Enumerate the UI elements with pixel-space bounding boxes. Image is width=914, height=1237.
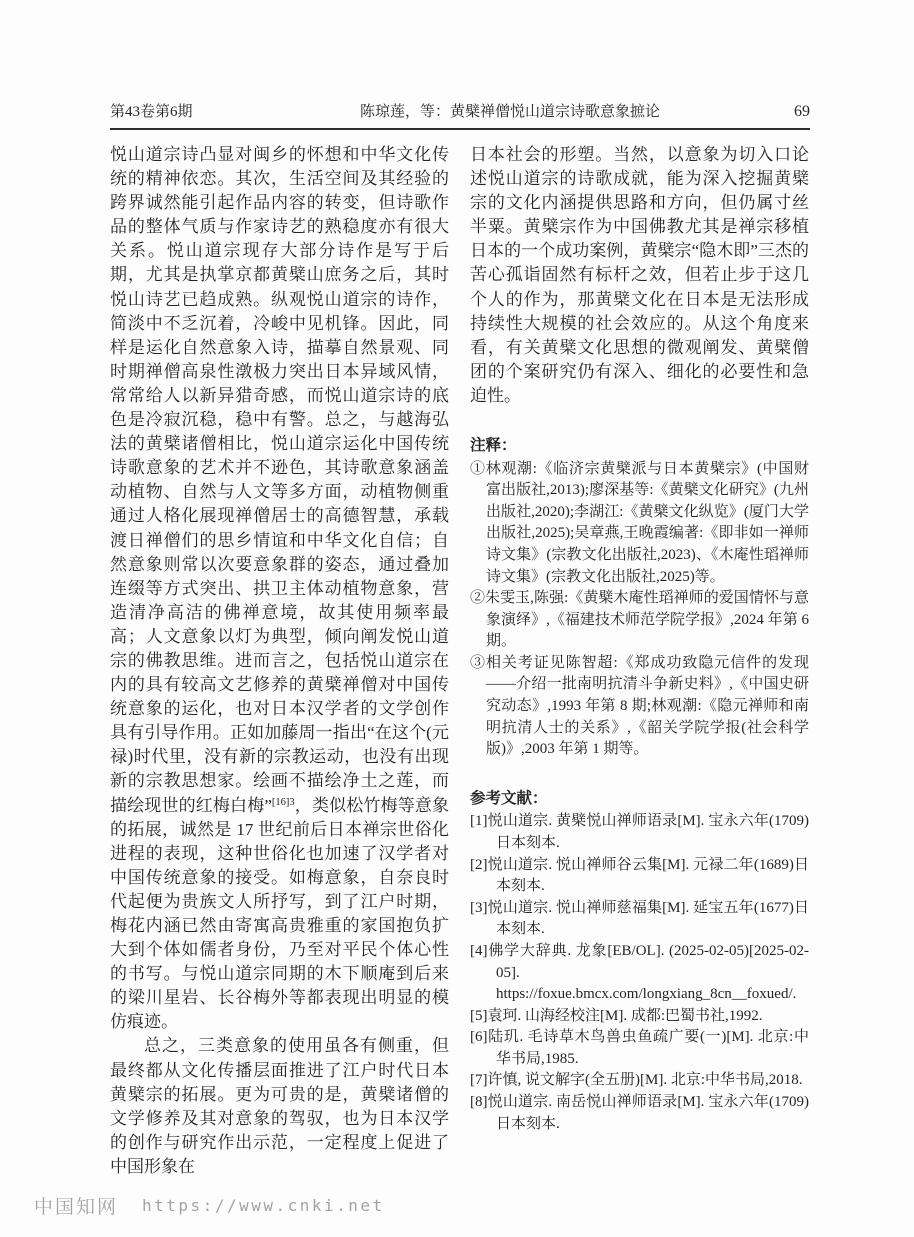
left-column: 悦山道宗诗凸显对闽乡的怀想和中华文化传统的精神依恋。其次，生活空间及其经验的跨界… <box>110 143 449 1179</box>
notes-list: ①林观潮:《临济宗黄檗派与日本黄檗宗》(中国财富出版社,2013);廖深基等:《… <box>470 459 809 761</box>
reference-item: [5]袁珂. 山海经校注[M]. 成都:巴蜀书社,1992. <box>470 1006 809 1028</box>
reference-marker: [2] <box>470 857 488 873</box>
body-paragraph-1-continuation: ，类似松竹梅等意象的拓展，诚然是 17 世纪前后日本禅宗世俗化进程的表现，这种世… <box>110 796 449 1032</box>
body-paragraph-3: 日本社会的形塑。当然，以意象为切入口论述悦山道宗的诗歌成就，能为深入挖掘黄檗宗的… <box>470 143 809 408</box>
reference-text: 悦山道宗. 南岳悦山禅师语录[M]. 宝永六年(1709)日本刻本. <box>488 1094 810 1132</box>
reference-item: [6]陆玑. 毛诗草木鸟兽虫鱼疏广要(一)[M]. 北京:中华书局,1985. <box>470 1027 809 1070</box>
body-paragraph-1-text: 悦山道宗诗凸显对闽乡的怀想和中华文化传统的精神依恋。其次，生活空间及其经验的跨界… <box>110 145 449 815</box>
reference-marker: [7] <box>470 1072 488 1088</box>
note-text: 林观潮:《临济宗黄檗派与日本黄檗宗》(中国财富出版社,2013);廖深基等:《黄… <box>486 461 809 585</box>
note-item: ②朱雯玉,陈强:《黄檗木庵性瑫禅师的爱国情怀与意象演绎》,《福建技术师范学院学报… <box>470 588 809 653</box>
references-section-header: 参考文献： <box>470 788 809 810</box>
reference-marker: [8] <box>470 1094 488 1110</box>
page-header: 第43卷第6期 陈琼莲，等：黄檗禅僧悦山道宗诗歌意象摭论 69 <box>110 100 810 130</box>
body-paragraph-2: 总之，三类意象的使用虽各有侧重，但最终都从文化传播层面推进了江户时代日本黄檗宗的… <box>110 1034 449 1179</box>
reference-item: [1]悦山道宗. 黄檗悦山禅师语录[M]. 宝永六年(1709)日本刻本. <box>470 811 809 854</box>
volume-issue-label: 第43卷第6期 <box>110 100 270 121</box>
reference-text: 佛学大辞典. 龙象[EB/OL]. (2025-02-05)[2025-02-0… <box>488 943 810 1002</box>
cnki-watermark: 中国知网 <box>34 1192 118 1219</box>
reference-text: 悦山道宗. 悦山禅师慈福集[M]. 延宝五年(1677)日本刻本. <box>488 900 810 938</box>
note-text: 朱雯玉,陈强:《黄檗木庵性瑫禅师的爱国情怀与意象演绎》,《福建技术师范学院学报》… <box>485 590 809 649</box>
note-marker: ② <box>470 590 485 606</box>
reference-text: 陆玑. 毛诗草木鸟兽虫鱼疏广要(一)[M]. 北京:中华书局,1985. <box>488 1029 810 1067</box>
running-title: 陈琼莲，等：黄檗禅僧悦山道宗诗歌意象摭论 <box>270 100 750 121</box>
note-item: ③相关考证见陈智超:《郑成功致隐元信件的发现——介绍一批南明抗清斗争新史料》,《… <box>470 653 809 761</box>
reference-text: 悦山道宗. 黄檗悦山禅师语录[M]. 宝永六年(1709)日本刻本. <box>488 813 810 851</box>
note-text: 相关考证见陈智超:《郑成功致隐元信件的发现——介绍一批南明抗清斗争新史料》,《中… <box>486 655 809 757</box>
note-item: ①林观潮:《临济宗黄檗派与日本黄檗宗》(中国财富出版社,2013);廖深基等:《… <box>470 459 809 589</box>
reference-marker: [6] <box>470 1029 488 1045</box>
references-list: [1]悦山道宗. 黄檗悦山禅师语录[M]. 宝永六年(1709)日本刻本. [2… <box>470 811 809 1135</box>
scanned-paper-page: 第43卷第6期 陈琼莲，等：黄檗禅僧悦山道宗诗歌意象摭论 69 悦山道宗诗凸显对… <box>0 0 914 1237</box>
reference-text: 许慎, 说文解字(全五册)[M]. 北京:中华书局,2018. <box>488 1072 803 1088</box>
reference-marker: [1] <box>470 813 488 829</box>
reference-item: [2]悦山道宗. 悦山禅师谷云集[M]. 元禄二年(1689)日本刻本. <box>470 855 809 898</box>
cnki-footer: 中国知网 https://www.cnki.net <box>34 1192 385 1219</box>
reference-item: [7]许慎, 说文解字(全五册)[M]. 北京:中华书局,2018. <box>470 1070 809 1092</box>
page-number: 69 <box>750 103 810 121</box>
reference-item: [3]悦山道宗. 悦山禅师慈福集[M]. 延宝五年(1677)日本刻本. <box>470 898 809 941</box>
reference-item: [4]佛学大辞典. 龙象[EB/OL]. (2025-02-05)[2025-0… <box>470 941 809 1006</box>
cnki-url: https://www.cnki.net <box>142 1196 385 1215</box>
reference-marker: [4] <box>470 943 488 959</box>
reference-marker: [3] <box>470 900 488 916</box>
notes-section-header: 注释： <box>470 435 809 457</box>
reference-marker: [5] <box>470 1008 488 1024</box>
reference-item: [8]悦山道宗. 南岳悦山禅师语录[M]. 宝永六年(1709)日本刻本. <box>470 1092 809 1135</box>
reference-text: 悦山道宗. 悦山禅师谷云集[M]. 元禄二年(1689)日本刻本. <box>488 857 810 895</box>
note-marker: ③ <box>470 655 486 671</box>
body-paragraph-1: 悦山道宗诗凸显对闽乡的怀想和中华文化传统的精神依恋。其次，生活空间及其经验的跨界… <box>110 143 449 1034</box>
note-marker: ① <box>470 461 486 477</box>
citation-superscript: [16]3 <box>272 797 295 808</box>
right-column: 日本社会的形塑。当然，以意象为切入口论述悦山道宗的诗歌成就，能为深入挖掘黄檗宗的… <box>470 143 809 1135</box>
reference-text: 袁珂. 山海经校注[M]. 成都:巴蜀书社,1992. <box>488 1008 763 1024</box>
